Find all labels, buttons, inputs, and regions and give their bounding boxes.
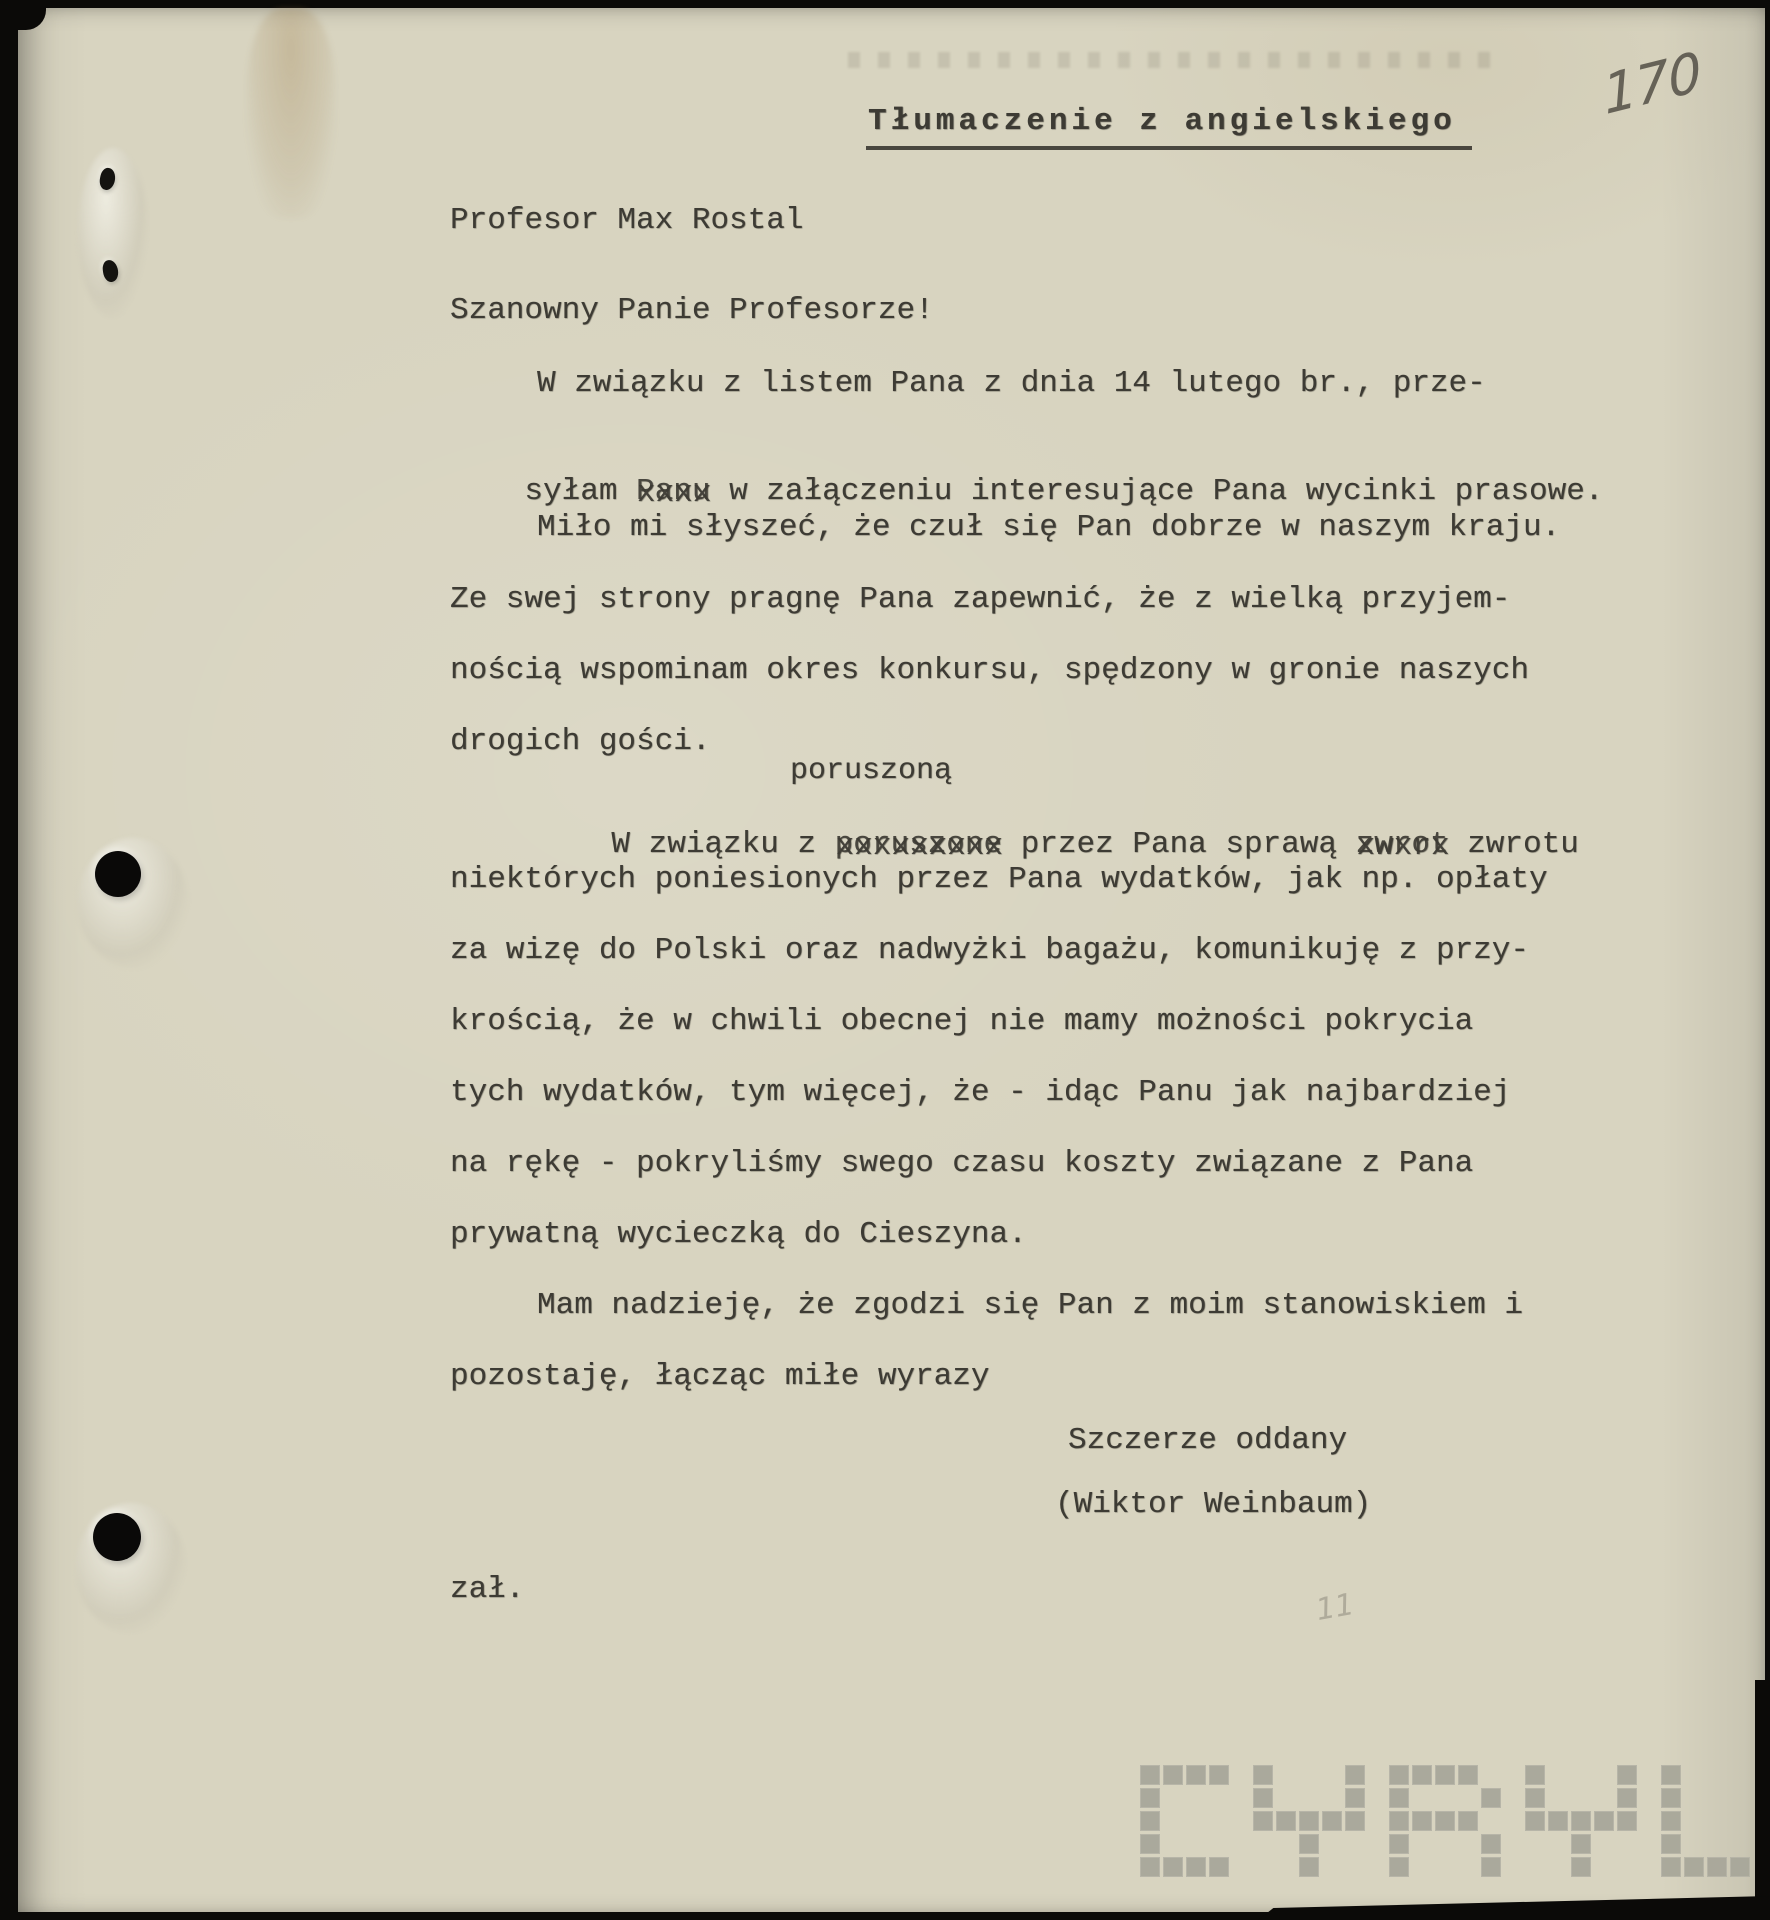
watermark-letter: [1389, 1765, 1501, 1877]
overtype-xs: xxxxxxxxx: [836, 829, 1003, 865]
struck-word: zwrotxwxrx: [1356, 827, 1449, 863]
body-line: nością wspominam okres konkursu, spędzon…: [450, 653, 1529, 689]
body-line: drogich gości.: [450, 724, 710, 760]
overtype-xs: xwxrx: [1357, 829, 1450, 865]
rust-stain: [246, 8, 336, 218]
salutation-line: Szanowny Panie Profesorze!: [450, 293, 934, 329]
heading-wrap: Tłumaczenie z angielskiego: [866, 104, 1472, 150]
struck-word: poruszonexxxxxxxxx: [835, 827, 1002, 863]
handwritten-page-number: 170: [1600, 40, 1704, 127]
struck-word: Panuxxxx: [636, 474, 710, 510]
line-segment: syłam: [524, 474, 636, 509]
body-line: W związku z listem Pana z dnia 14 lutego…: [537, 366, 1486, 402]
interlinear-insertion: poruszoną: [790, 753, 952, 789]
body-line: krością, że w chwili obecnej nie mamy mo…: [450, 1004, 1473, 1040]
paper-sheet: 170 Tłumaczenie z angielskiego Profesor …: [18, 8, 1765, 1912]
body-line: prywatną wycieczką do Cieszyna.: [450, 1217, 1027, 1253]
line-segment: przez Pana sprawą: [1002, 827, 1355, 862]
page-title: Tłumaczenie z angielskiego: [866, 104, 1472, 150]
body-line: na rękę - pokryliśmy swego czasu koszty …: [450, 1146, 1473, 1182]
valediction: Szczerze oddany: [1068, 1423, 1347, 1459]
body-line: Miło mi słyszeć, że czuł się Pan dobrze …: [537, 510, 1560, 546]
watermark-letter: [1140, 1765, 1229, 1877]
recipient-line: Profesor Max Rostal: [450, 203, 803, 239]
line-segment: W związku z: [611, 827, 834, 862]
line-segment: w załączeniu interesujące Pana wycinki p…: [710, 474, 1603, 509]
body-line: tych wydatków, tym więcej, że - idąc Pan…: [450, 1075, 1510, 1111]
body-line: niektórych poniesionych przez Pana wydat…: [450, 862, 1548, 898]
watermark-letter: [1253, 1765, 1365, 1877]
overtype-xs: xxxx: [637, 476, 711, 512]
enclosure-note: zał.: [450, 1572, 524, 1608]
punch-hole: [95, 851, 141, 897]
cyryl-watermark: [1140, 1765, 1750, 1877]
body-line: Ze swej strony pragnę Pana zapewnić, że …: [450, 582, 1510, 618]
signature: (Wiktor Weinbaum): [1055, 1487, 1371, 1523]
faint-smudge: [848, 52, 1508, 68]
body-line: za wizę do Polski oraz nadwyżki bagażu, …: [450, 933, 1529, 969]
scanned-document: { "document": { "page_number_annotation"…: [0, 0, 1770, 1920]
body-line: pozostaję, łącząc miłe wyrazy: [450, 1359, 990, 1395]
scan-edge-right: [1755, 1680, 1770, 1920]
line-segment: zwrotu: [1449, 827, 1579, 862]
punch-hole: [93, 1513, 141, 1561]
stray-pencil-mark: 11: [1313, 1587, 1357, 1628]
body-line: Mam nadzieję, że zgodzi się Pan z moim s…: [537, 1288, 1523, 1324]
watermark-letter: [1525, 1765, 1637, 1877]
watermark-letter: [1661, 1765, 1750, 1877]
